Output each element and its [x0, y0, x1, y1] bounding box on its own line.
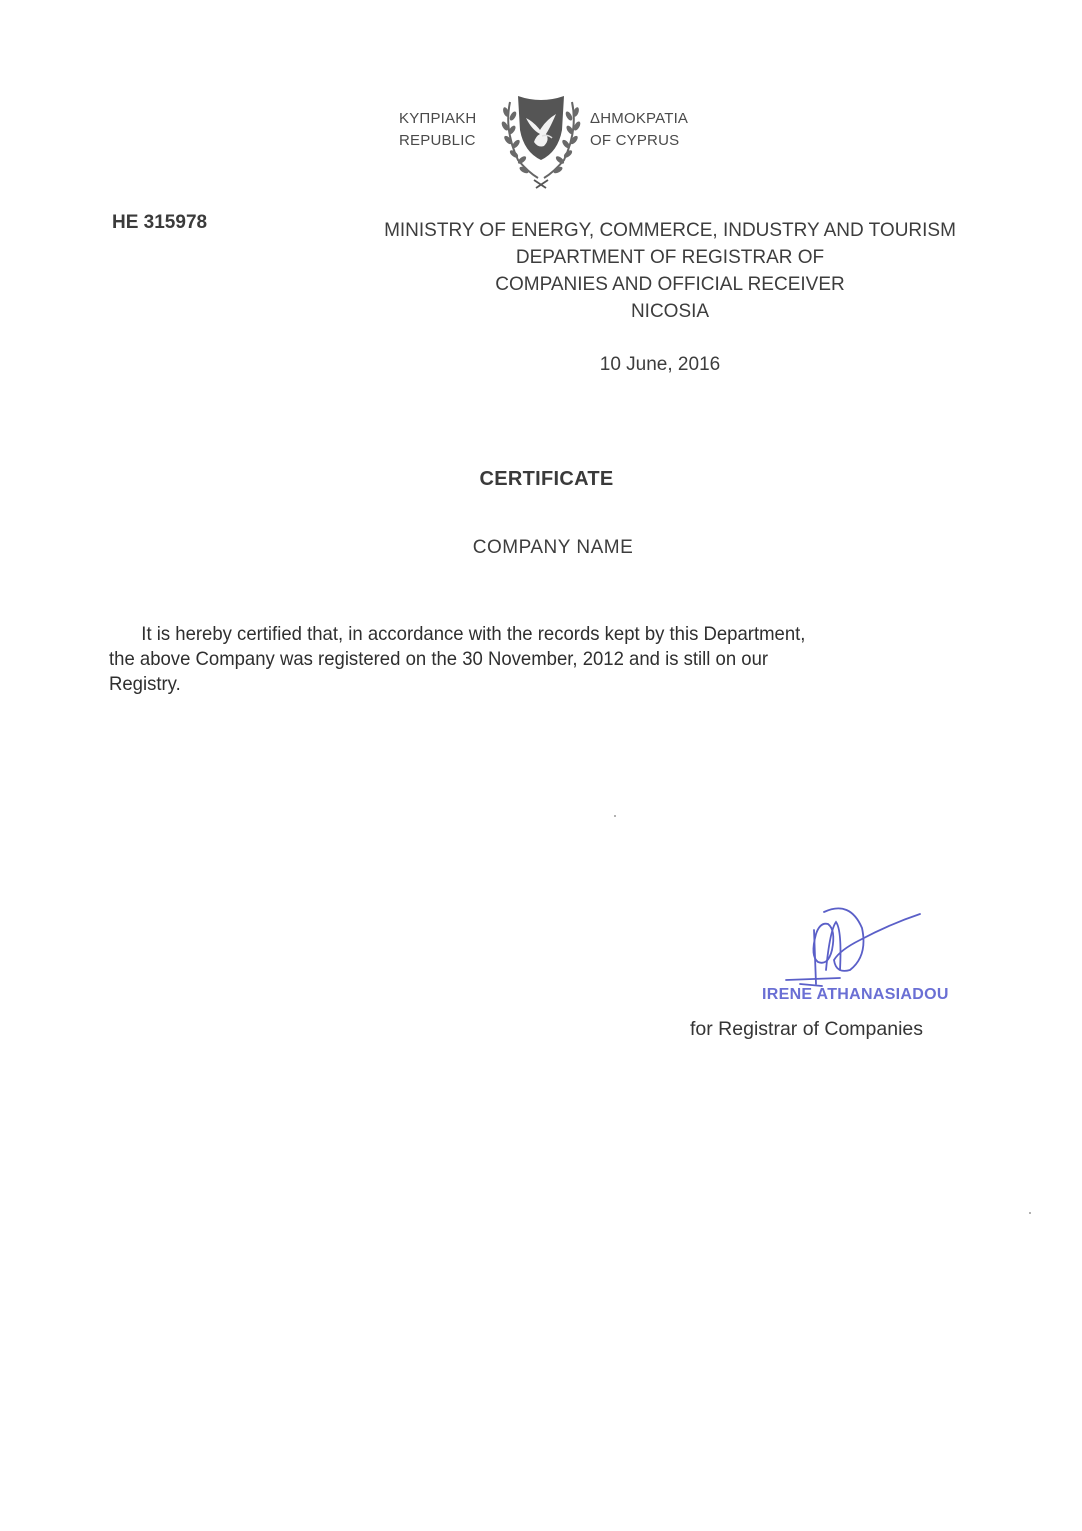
cyprus-coat-of-arms-icon — [496, 90, 586, 190]
crest-label-greek: ΔΗΜΟΚΡΑΤΙΑ — [590, 108, 688, 130]
crest-label-left: ΚΥΠΡΙΑΚΗ REPUBLIC — [399, 108, 476, 152]
issuing-authority: MINISTRY OF ENERGY, COMMERCE, INDUSTRY A… — [340, 217, 1000, 325]
scan-speck — [1029, 1212, 1031, 1214]
crest-label-english: OF CYPRUS — [590, 130, 688, 152]
department-name-line1: DEPARTMENT OF REGISTRAR OF — [340, 244, 1000, 271]
city: NICOSIA — [340, 298, 1000, 325]
ministry-name: MINISTRY OF ENERGY, COMMERCE, INDUSTRY A… — [340, 217, 1000, 244]
registration-number: HE 315978 — [112, 212, 207, 234]
statement-line-3: Registry. — [109, 672, 926, 697]
handwritten-signature-icon — [780, 900, 930, 990]
document-title: CERTIFICATE — [440, 468, 653, 491]
statement-line-2: the above Company was registered on the … — [109, 647, 926, 672]
scan-speck — [614, 815, 616, 817]
certification-statement: It is hereby certified that, in accordan… — [109, 622, 926, 697]
official-stamp-name: IRENE ATHANASIADOU — [762, 986, 949, 1004]
department-name-line2: COMPANIES AND OFFICIAL RECEIVER — [340, 271, 1000, 298]
issue-date: 10 June, 2016 — [560, 354, 760, 376]
crest-label-right: ΔΗΜΟΚΡΑΤΙΑ OF CYPRUS — [590, 108, 688, 152]
crest-label-greek: ΚΥΠΡΙΑΚΗ — [399, 108, 476, 130]
statement-line-1: It is hereby certified that, in accordan… — [141, 623, 805, 645]
company-name: COMPANY NAME — [440, 537, 666, 559]
signatory-role: for Registrar of Companies — [690, 1018, 923, 1041]
crest-label-english: REPUBLIC — [399, 130, 476, 152]
